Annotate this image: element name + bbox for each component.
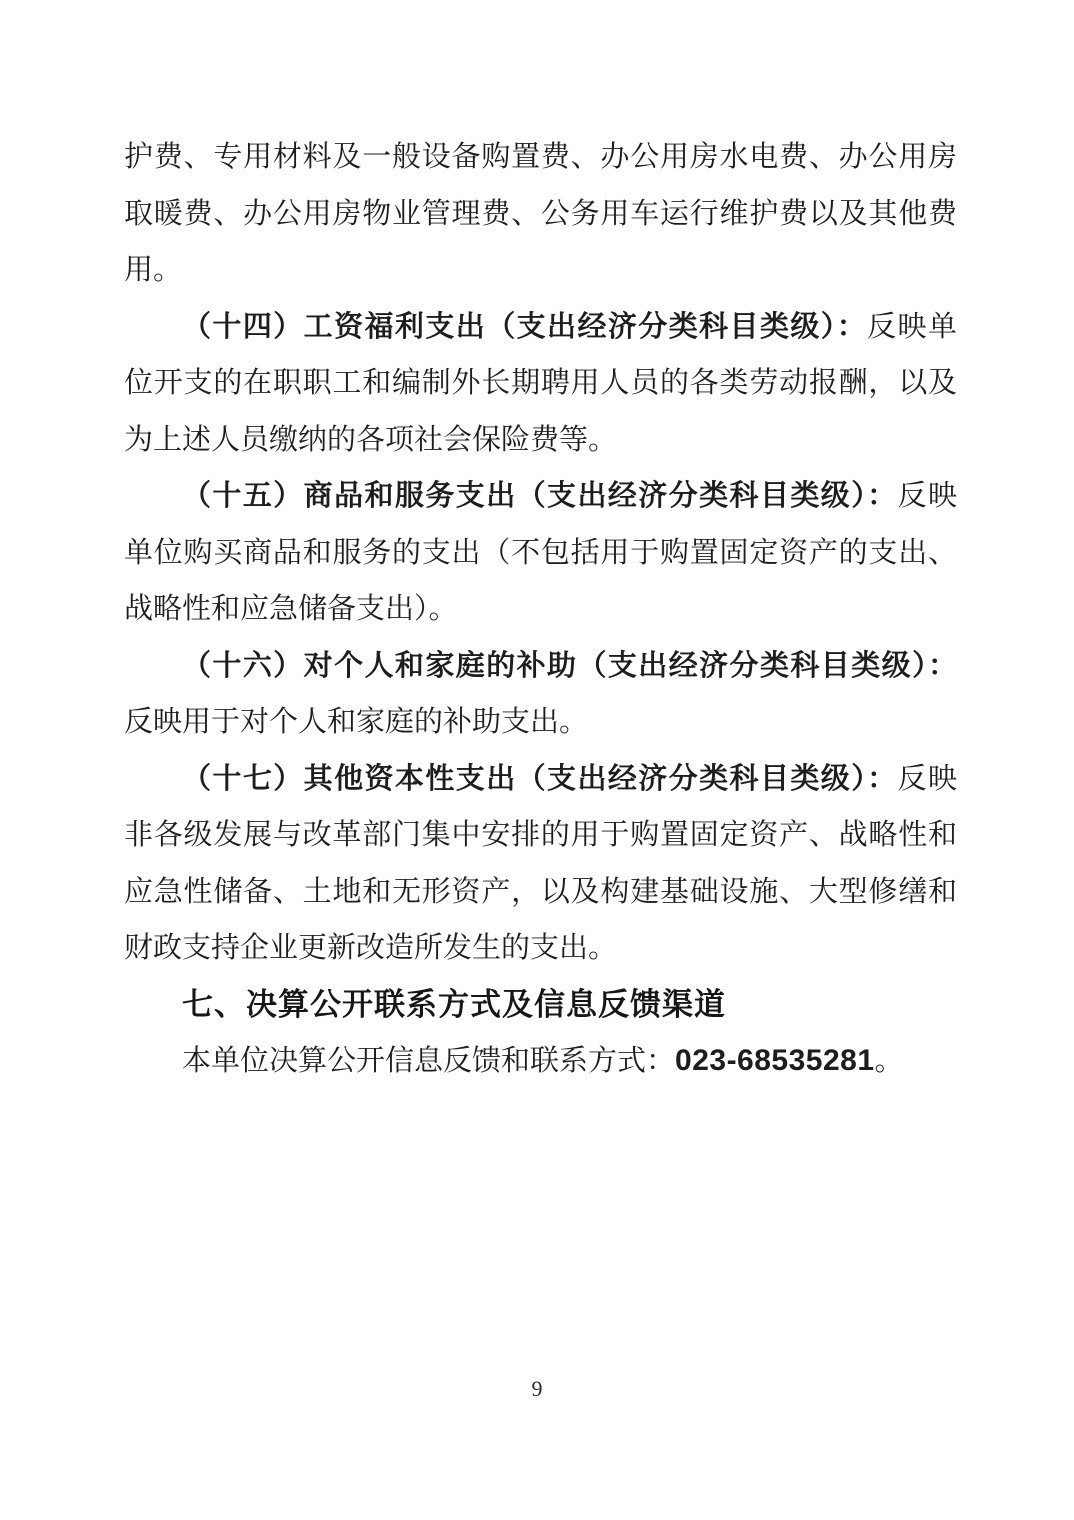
text-segment: （十五）商品和服务支出（支出经济分类科目类级）： (182, 480, 898, 512)
text-line: 七、决算公开联系方式及信息反馈渠道 (124, 977, 957, 1034)
text-segment: 七、决算公开联系方式及信息反馈渠道 (182, 987, 726, 1022)
text-line: （十六）对个人和家庭的补助（支出经济分类科目类级）： (124, 638, 957, 695)
text-segment: 用。 (124, 254, 182, 286)
text-segment: （十七）其他资本性支出（支出经济分类科目类级）： (182, 763, 898, 795)
text-line: 单位购买商品和服务的支出（不包括用于购置固定资产的支出、 (124, 525, 957, 582)
text-segment: 位开支的在职职工和编制外长期聘用人员的各类劳动报酬，以及 (124, 367, 957, 399)
text-segment: 反映单 (867, 311, 957, 343)
text-line: 战略性和应急储备支出）。 (124, 581, 957, 638)
text-segment: 护费、专用材料及一般设备购置费、办公用房水电费、办公用房 (124, 141, 957, 173)
text-line: 取暖费、办公用房物业管理费、公务用车运行维护费以及其他费 (124, 186, 957, 243)
text-segment: 反映 (898, 480, 957, 512)
text-line: 反映用于对个人和家庭的补助支出。 (124, 694, 957, 751)
text-line: （十七）其他资本性支出（支出经济分类科目类级）：反映 (124, 751, 957, 808)
text-line: 本单位决算公开信息反馈和联系方式：023-68535281。 (124, 1033, 957, 1090)
text-segment: 为上述人员缴纳的各项社会保险费等。 (124, 424, 617, 456)
text-line: 护费、专用材料及一般设备购置费、办公用房水电费、办公用房 (124, 129, 957, 186)
text-segment: 取暖费、办公用房物业管理费、公务用车运行维护费以及其他费 (124, 198, 957, 230)
text-line: 为上述人员缴纳的各项社会保险费等。 (124, 412, 957, 469)
text-segment: 非各级发展与改革部门集中安排的用于购置固定资产、战略性和 (124, 819, 957, 851)
text-line: （十四）工资福利支出（支出经济分类科目类级）：反映单 (124, 299, 957, 356)
text-segment: （十四）工资福利支出（支出经济分类科目类级）： (182, 311, 867, 343)
text-line: 财政支持企业更新改造所发生的支出。 (124, 920, 957, 977)
text-segment: （十六）对个人和家庭的补助（支出经济分类科目类级）： (182, 650, 957, 682)
text-segment: 。 (875, 1045, 904, 1077)
text-line: 非各级发展与改革部门集中安排的用于购置固定资产、战略性和 (124, 807, 957, 864)
text-line: （十五）商品和服务支出（支出经济分类科目类级）：反映 (124, 468, 957, 525)
text-segment: 本单位决算公开信息反馈和联系方式： (182, 1045, 675, 1077)
text-block: 护费、专用材料及一般设备购置费、办公用房水电费、办公用房取暖费、办公用房物业管理… (124, 129, 957, 1090)
page-number: 9 (0, 1376, 1074, 1402)
text-segment: 单位购买商品和服务的支出（不包括用于购置固定资产的支出、 (124, 537, 957, 569)
text-segment: 反映 (898, 763, 957, 795)
text-segment: 财政支持企业更新改造所发生的支出。 (124, 932, 617, 964)
text-segment: 应急性储备、土地和无形资产，以及构建基础设施、大型修缮和 (124, 876, 957, 908)
document-page: 护费、专用材料及一般设备购置费、办公用房水电费、办公用房取暖费、办公用房物业管理… (0, 0, 1074, 1520)
text-line: 应急性储备、土地和无形资产，以及构建基础设施、大型修缮和 (124, 864, 957, 921)
text-line: 用。 (124, 242, 957, 299)
text-segment: 反映用于对个人和家庭的补助支出。 (124, 706, 588, 738)
text-segment: 战略性和应急储备支出）。 (124, 593, 458, 625)
text-segment: 023-68535281 (675, 1044, 875, 1077)
text-line: 位开支的在职职工和编制外长期聘用人员的各类劳动报酬，以及 (124, 355, 957, 412)
